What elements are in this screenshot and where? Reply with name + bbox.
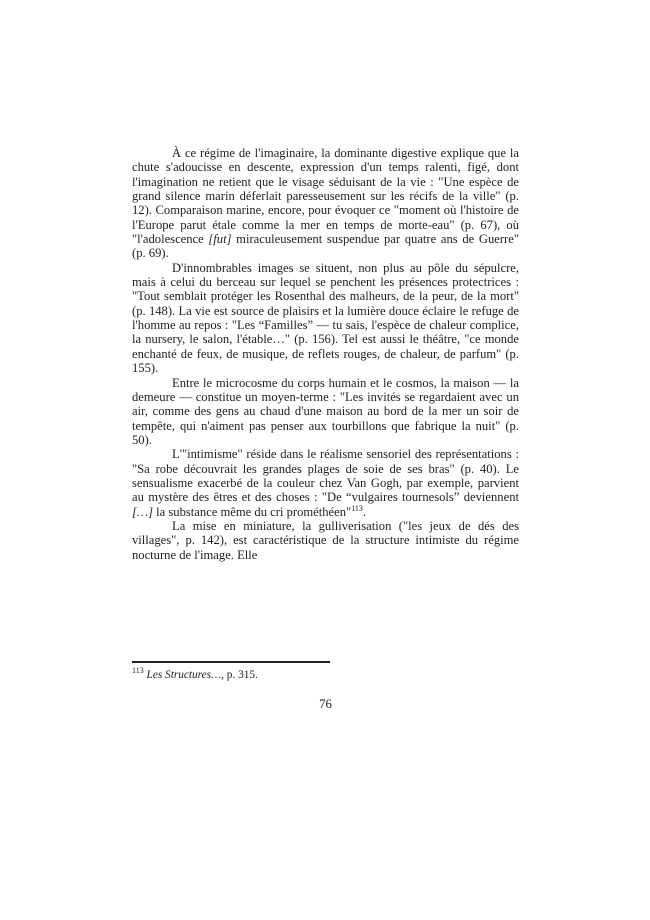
- text-run: Les Structures…: [147, 669, 222, 681]
- text-run: L'"intimisme" réside dans le réalisme se…: [132, 447, 519, 504]
- text-run: [fut]: [208, 232, 231, 246]
- paragraph: À ce régime de l'imaginaire, la dominant…: [132, 146, 519, 261]
- paragraph: Entre le microcosme du corps humain et l…: [132, 376, 519, 448]
- document-page: À ce régime de l'imaginaire, la dominant…: [0, 0, 650, 920]
- text-run: D'innombrables images se situent, non pl…: [132, 261, 519, 375]
- paragraph: La mise en miniature, la gulliverisation…: [132, 519, 519, 562]
- page-number: 76: [132, 697, 519, 712]
- footnote: 113 Les Structures…, p. 315.: [132, 669, 519, 682]
- text-run: , p. 315.: [221, 669, 258, 681]
- footnote-marker: 113: [132, 666, 144, 675]
- text-run: .: [363, 505, 366, 519]
- text-run: À ce régime de l'imaginaire, la dominant…: [132, 146, 519, 246]
- text-run: la substance même du cri prométhéen": [153, 505, 351, 519]
- text-run: Entre le microcosme du corps humain et l…: [132, 376, 519, 447]
- body-text: À ce régime de l'imaginaire, la dominant…: [132, 146, 519, 562]
- text-run: La mise en miniature, la gulliverisation…: [132, 519, 519, 562]
- paragraph: D'innombrables images se situent, non pl…: [132, 261, 519, 376]
- footnote-separator: [132, 661, 330, 663]
- text-run: […]: [132, 505, 153, 519]
- footnote-reference: 113: [351, 503, 363, 512]
- paragraph: L'"intimisme" réside dans le réalisme se…: [132, 447, 519, 519]
